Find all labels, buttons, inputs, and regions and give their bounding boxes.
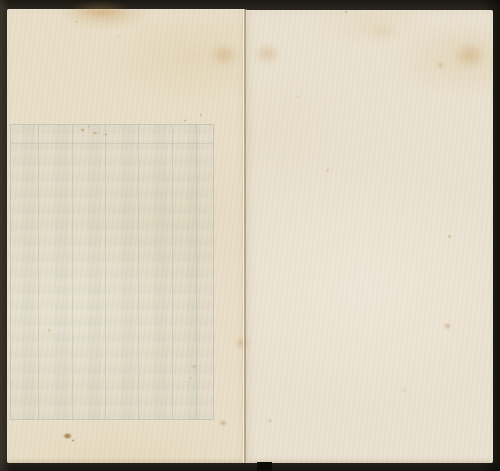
ghost-column-line — [72, 125, 73, 419]
ghost-table-showthrough — [10, 124, 214, 420]
page-right — [245, 10, 493, 463]
center-fold-gutter — [243, 9, 247, 463]
ghost-column-line — [172, 125, 173, 419]
ghost-column-line — [38, 125, 39, 419]
ghost-header-line — [11, 143, 213, 144]
ghost-column-line — [196, 125, 197, 419]
book-scan — [0, 0, 500, 471]
ghost-column-line — [105, 125, 106, 419]
ghost-column-line — [138, 125, 139, 419]
binding-notch — [257, 462, 272, 471]
